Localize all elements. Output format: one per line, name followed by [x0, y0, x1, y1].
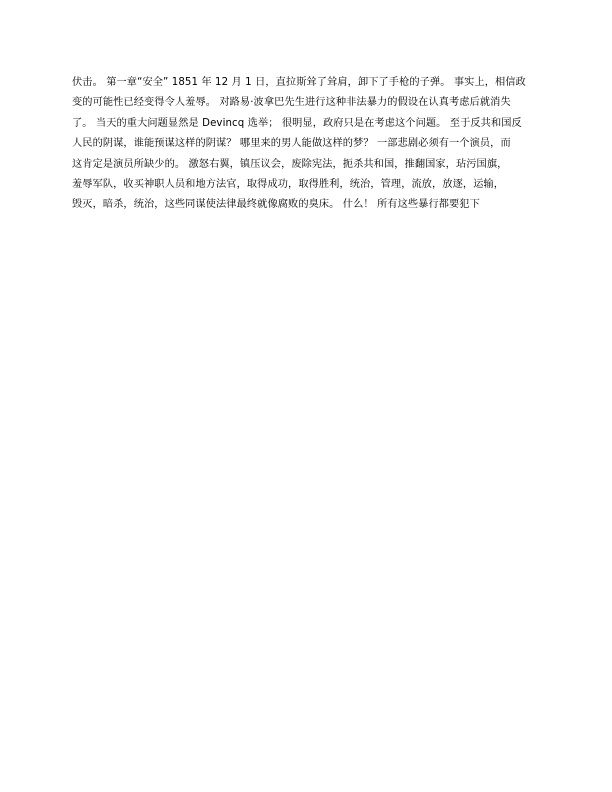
text-line: 这肯定是演员所缺少的。 激怒右翼，镇压议会，废除宪法，扼杀共和国，推翻国家，玷污…	[72, 155, 542, 175]
text-line: 了。 当天的重大问题显然是 Devincq 选举； 很明显，政府只是在考虑这个问…	[72, 114, 542, 134]
document-page: 伏击。 第一章“安全” 1851 年 12 月 1 日，直拉斯耸了耸肩，卸下了手…	[0, 0, 612, 792]
text-line: 变的可能性已经变得令人羞辱。 对路易·波拿巴先生进行这种非法暴力的假设在认真考虑…	[72, 93, 542, 113]
text-line: 毁灭，暗杀，统治，这些同谋使法律最终就像腐败的臭床。 什么！ 所有这些暴行都要犯…	[72, 195, 542, 215]
body-paragraph: 伏击。 第一章“安全” 1851 年 12 月 1 日，直拉斯耸了耸肩，卸下了手…	[72, 73, 542, 216]
text-line: 伏击。 第一章“安全” 1851 年 12 月 1 日，直拉斯耸了耸肩，卸下了手…	[72, 73, 542, 93]
text-line: 人民的阴谋，谁能预谋这样的阴谋？ 哪里来的男人能做这样的梦？ 一部悲剧必须有一个…	[72, 134, 542, 154]
text-line: 羞辱军队，收买神职人员和地方法官，取得成功，取得胜利，统治，管理，流放，放逐，运…	[72, 175, 542, 195]
